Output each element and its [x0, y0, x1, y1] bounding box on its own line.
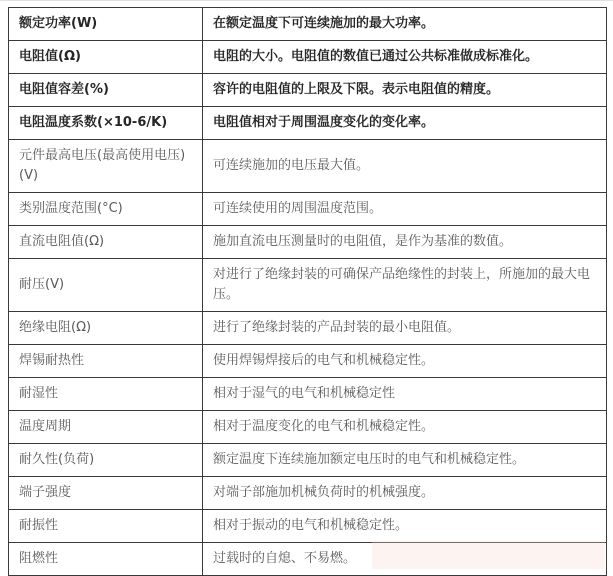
description-cell: 相对于湿气的电气和机械稳定性: [203, 378, 607, 411]
description-cell: 过载时的自熄、不易燃。: [203, 543, 607, 576]
description-cell: 可连续使用的周围温度范围。: [203, 193, 607, 226]
table-row: 绝缘电阻(Ω) 进行了绝缘封装的产品封装的最小电阻值。: [9, 312, 607, 345]
table-row: 类别温度范围(°C) 可连续使用的周围温度范围。: [9, 193, 607, 226]
description-cell: 可连续施加的电压最大值。: [203, 140, 607, 193]
table-row: 端子强度 对端子部施加机械负荷时的机械强度。: [9, 477, 607, 510]
term-cell: 耐振性: [9, 510, 203, 543]
table-row: 阻燃性 过载时的自熄、不易燃。: [9, 543, 607, 576]
table-row: 耐压(V) 对进行了绝缘封装的可确保产品绝缘性的封装上，所施加的最大电压。: [9, 259, 607, 312]
table-row: 电阻值容差(%) 容许的电阻值的上限及下限。表示电阻值的精度。: [9, 74, 607, 107]
term-cell: 直流电阻值(Ω): [9, 226, 203, 259]
term-cell: 电阻温度系数(×10-6/K): [9, 107, 203, 140]
page: 额定功率(W) 在额定温度下可连续施加的最大功率。 电阻值(Ω) 电阻的大小。电…: [0, 0, 613, 576]
term-cell: 电阻值容差(%): [9, 74, 203, 107]
table-row: 额定功率(W) 在额定温度下可连续施加的最大功率。: [9, 8, 607, 41]
term-cell: 类别温度范围(°C): [9, 193, 203, 226]
term-cell: 阻燃性: [9, 543, 203, 576]
table-row: 直流电阻值(Ω) 施加直流电压测量时的电阻值，是作为基准的数值。: [9, 226, 607, 259]
table-row: 元件最高电压(最高使用电压)(V) 可连续施加的电压最大值。: [9, 140, 607, 193]
table-row: 温度周期 相对于温度变化的电气和机械稳定性。: [9, 411, 607, 444]
term-cell: 元件最高电压(最高使用电压)(V): [9, 140, 203, 193]
description-cell: 施加直流电压测量时的电阻值，是作为基准的数值。: [203, 226, 607, 259]
table-row: 电阻温度系数(×10-6/K) 电阻值相对于周围温度变化的变化率。: [9, 107, 607, 140]
top-edge-line: [0, 0, 613, 1]
table-row: 耐振性 相对于振动的电气和机械稳定性。: [9, 510, 607, 543]
term-cell: 焊锡耐热性: [9, 345, 203, 378]
description-cell: 在额定温度下可连续施加的最大功率。: [203, 8, 607, 41]
spec-table: 额定功率(W) 在额定温度下可连续施加的最大功率。 电阻值(Ω) 电阻的大小。电…: [8, 7, 607, 576]
description-cell: 相对于温度变化的电气和机械稳定性。: [203, 411, 607, 444]
term-cell: 耐压(V): [9, 259, 203, 312]
term-cell: 耐湿性: [9, 378, 203, 411]
spec-table-body: 额定功率(W) 在额定温度下可连续施加的最大功率。 电阻值(Ω) 电阻的大小。电…: [9, 8, 607, 576]
term-cell: 绝缘电阻(Ω): [9, 312, 203, 345]
table-row: 焊锡耐热性 使用焊锡焊接后的电气和机械稳定性。: [9, 345, 607, 378]
description-cell: 电阻的大小。电阻值的数值已通过公共标准做成标准化。: [203, 41, 607, 74]
table-row: 耐湿性 相对于湿气的电气和机械稳定性: [9, 378, 607, 411]
description-cell: 电阻值相对于周围温度变化的变化率。: [203, 107, 607, 140]
description-cell: 对端子部施加机械负荷时的机械强度。: [203, 477, 607, 510]
description-cell: 容许的电阻值的上限及下限。表示电阻值的精度。: [203, 74, 607, 107]
table-row: 电阻值(Ω) 电阻的大小。电阻值的数值已通过公共标准做成标准化。: [9, 41, 607, 74]
term-cell: 端子强度: [9, 477, 203, 510]
description-cell: 进行了绝缘封装的产品封装的最小电阻值。: [203, 312, 607, 345]
term-cell: 电阻值(Ω): [9, 41, 203, 74]
term-cell: 耐久性(负荷): [9, 444, 203, 477]
table-row: 耐久性(负荷) 额定温度下连续施加额定电压时的电气和机械稳定性。: [9, 444, 607, 477]
term-cell: 温度周期: [9, 411, 203, 444]
description-cell: 相对于振动的电气和机械稳定性。: [203, 510, 607, 543]
term-cell: 额定功率(W): [9, 8, 203, 41]
description-cell: 使用焊锡焊接后的电气和机械稳定性。: [203, 345, 607, 378]
description-cell: 额定温度下连续施加额定电压时的电气和机械稳定性。: [203, 444, 607, 477]
description-cell: 对进行了绝缘封装的可确保产品绝缘性的封装上，所施加的最大电压。: [203, 259, 607, 312]
